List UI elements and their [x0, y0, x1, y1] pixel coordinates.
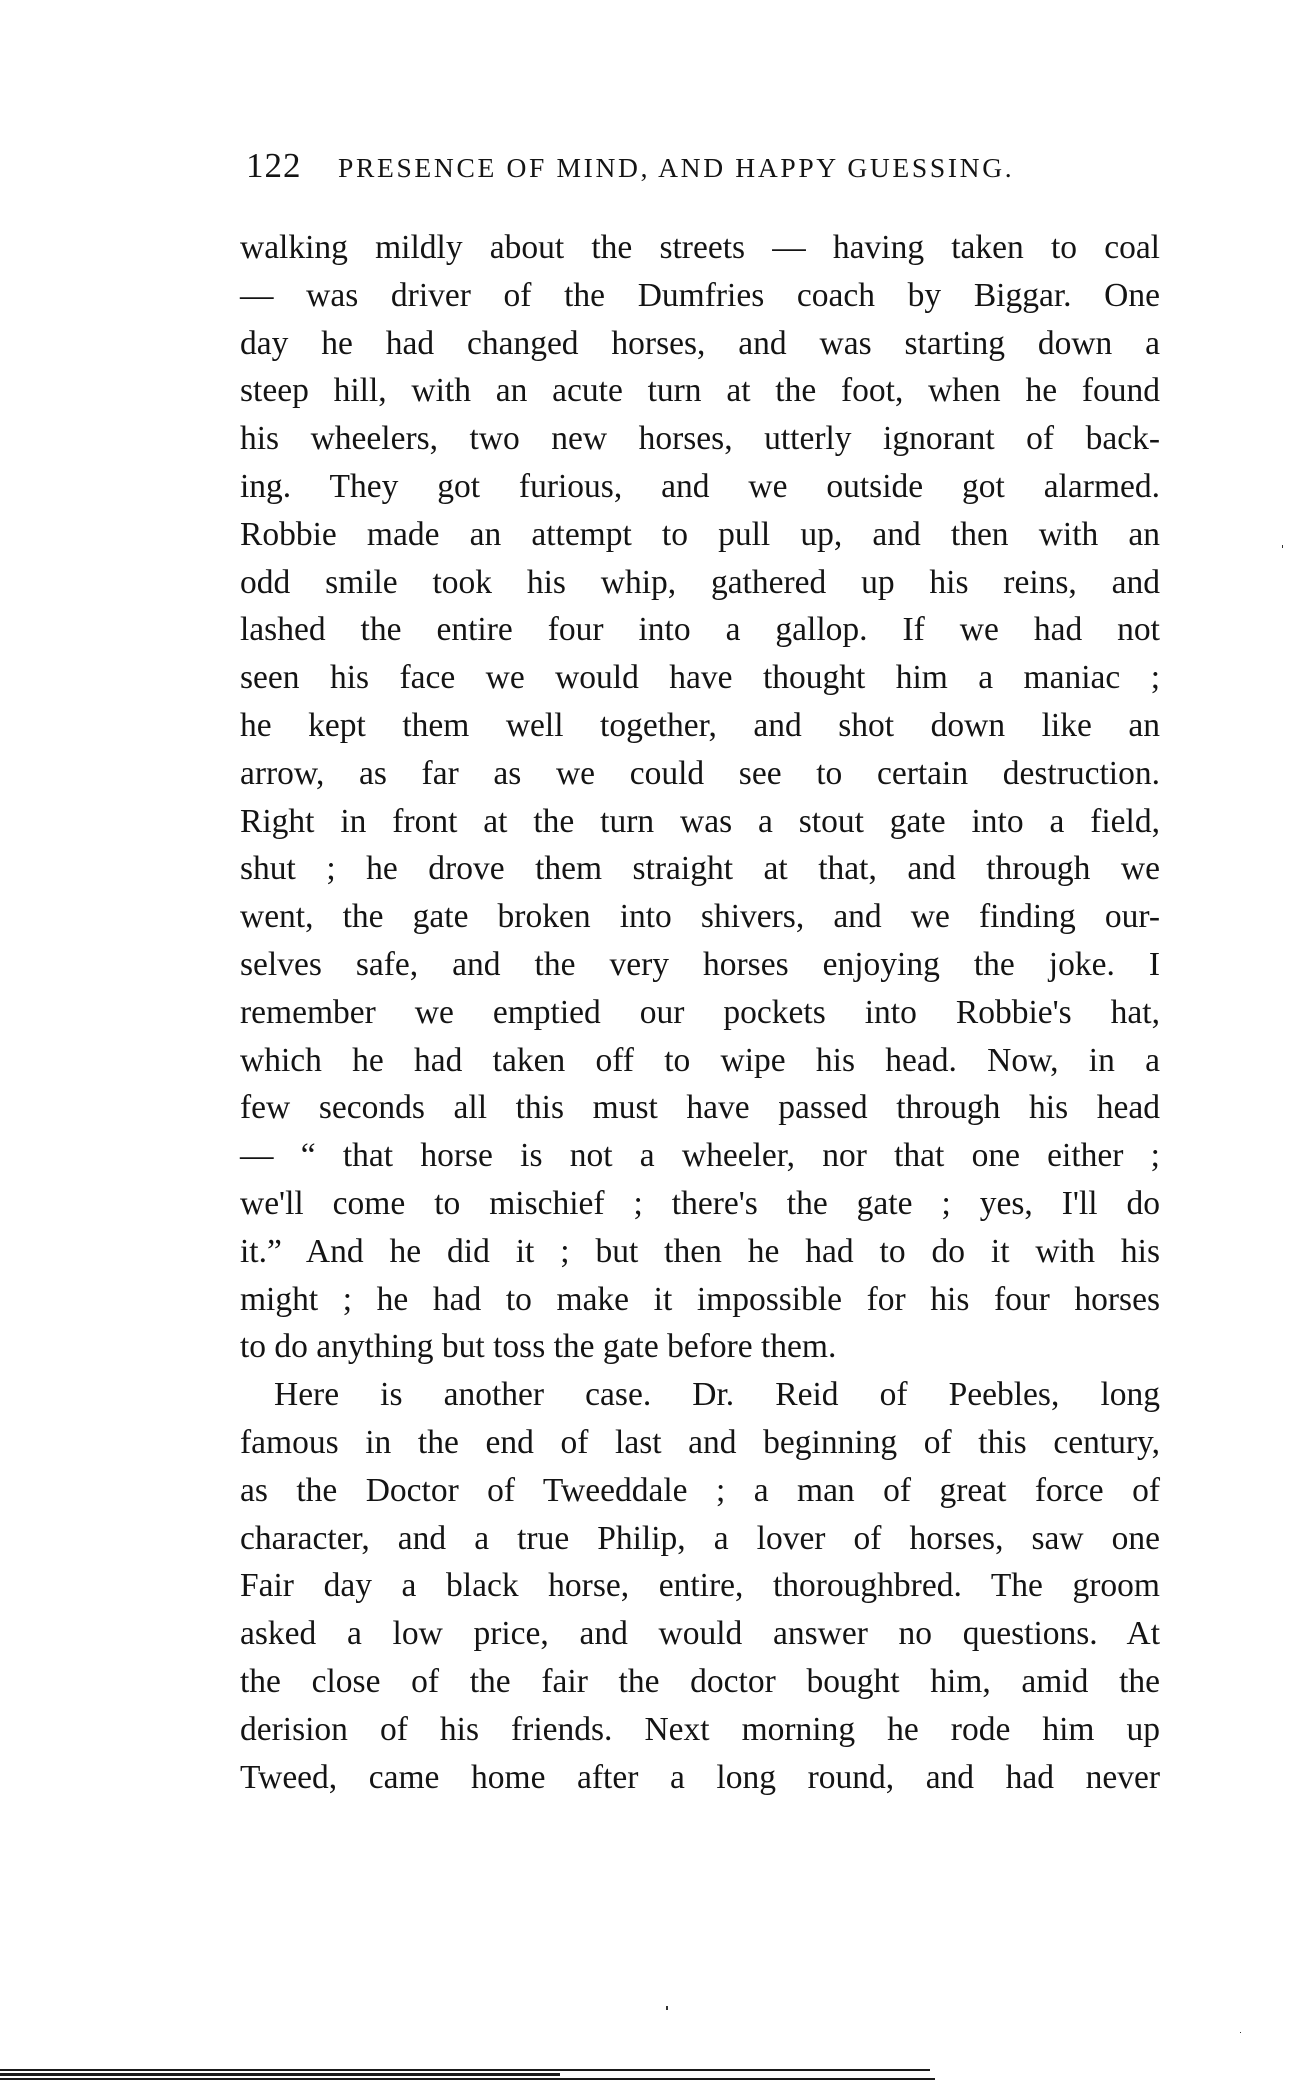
ink-speck: [666, 2006, 668, 2010]
text-line: the close of the fair the doctor bought …: [240, 1658, 1160, 1706]
text-line: famous in the end of last and beginning …: [240, 1419, 1160, 1467]
text-line: walking mildly about the streets — havin…: [240, 224, 1160, 272]
text-line: few seconds all this must have passed th…: [240, 1084, 1160, 1132]
text-line: which he had taken off to wipe his head.…: [240, 1037, 1160, 1085]
text-line: Right in front at the turn was a stout g…: [240, 798, 1160, 846]
scan-edge-line: [0, 2078, 935, 2080]
ink-speck: [1282, 545, 1283, 548]
text-line: ing. They got furious, and we outside go…: [240, 463, 1160, 511]
text-line: Robbie made an attempt to pull up, and t…: [240, 511, 1160, 559]
text-line: might ; he had to make it impossible for…: [240, 1276, 1160, 1324]
text-line: — was driver of the Dumfries coach by Bi…: [240, 272, 1160, 320]
text-line: derision of his friends. Next morning he…: [240, 1706, 1160, 1754]
text-line: shut ; he drove them straight at that, a…: [240, 845, 1160, 893]
book-page: 122 PRESENCE OF MIND, AND HAPPY GUESSING…: [0, 0, 1299, 2082]
text-line: it.” And he did it ; but then he had to …: [240, 1228, 1160, 1276]
running-head: 122 PRESENCE OF MIND, AND HAPPY GUESSING…: [246, 146, 1166, 186]
text-line: Fair day a black horse, entire, thorough…: [240, 1562, 1160, 1610]
text-line: we'll come to mischief ; there's the gat…: [240, 1180, 1160, 1228]
text-line: Here is another case. Dr. Reid of Peeble…: [240, 1371, 1160, 1419]
running-title: PRESENCE OF MIND, AND HAPPY GUESSING.: [338, 150, 1014, 186]
text-line: character, and a true Philip, a lover of…: [240, 1515, 1160, 1563]
text-line: asked a low price, and would answer no q…: [240, 1610, 1160, 1658]
text-line: arrow, as far as we could see to certain…: [240, 750, 1160, 798]
text-line: day he had changed horses, and was start…: [240, 320, 1160, 368]
text-line: steep hill, with an acute turn at the fo…: [240, 367, 1160, 415]
text-line: odd smile took his whip, gathered up his…: [240, 559, 1160, 607]
text-line: his wheelers, two new horses, utterly ig…: [240, 415, 1160, 463]
text-line: — “ that horse is not a wheeler, nor tha…: [240, 1132, 1160, 1180]
text-line: selves safe, and the very horses enjoyin…: [240, 941, 1160, 989]
text-line: he kept them well together, and shot dow…: [240, 702, 1160, 750]
paragraph-1: walking mildly about the streets — havin…: [240, 224, 1160, 1371]
text-line: to do anything but toss the gate before …: [240, 1323, 1160, 1371]
text-line: as the Doctor of Tweeddale ; a man of gr…: [240, 1467, 1160, 1515]
text-line: remember we emptied our pockets into Rob…: [240, 989, 1160, 1037]
page-number: 122: [246, 146, 302, 186]
text-line: seen his face we would have thought him …: [240, 654, 1160, 702]
ink-speck: [1240, 2032, 1241, 2033]
text-line: lashed the entire four into a gallop. If…: [240, 606, 1160, 654]
scan-edge-line: [0, 2073, 560, 2076]
body-text: walking mildly about the streets — havin…: [240, 224, 1160, 1801]
scan-edge-line: [0, 2069, 930, 2071]
text-line: went, the gate broken into shivers, and …: [240, 893, 1160, 941]
paragraph-2: Here is another case. Dr. Reid of Peeble…: [240, 1371, 1160, 1801]
text-line: Tweed, came home after a long round, and…: [240, 1754, 1160, 1802]
